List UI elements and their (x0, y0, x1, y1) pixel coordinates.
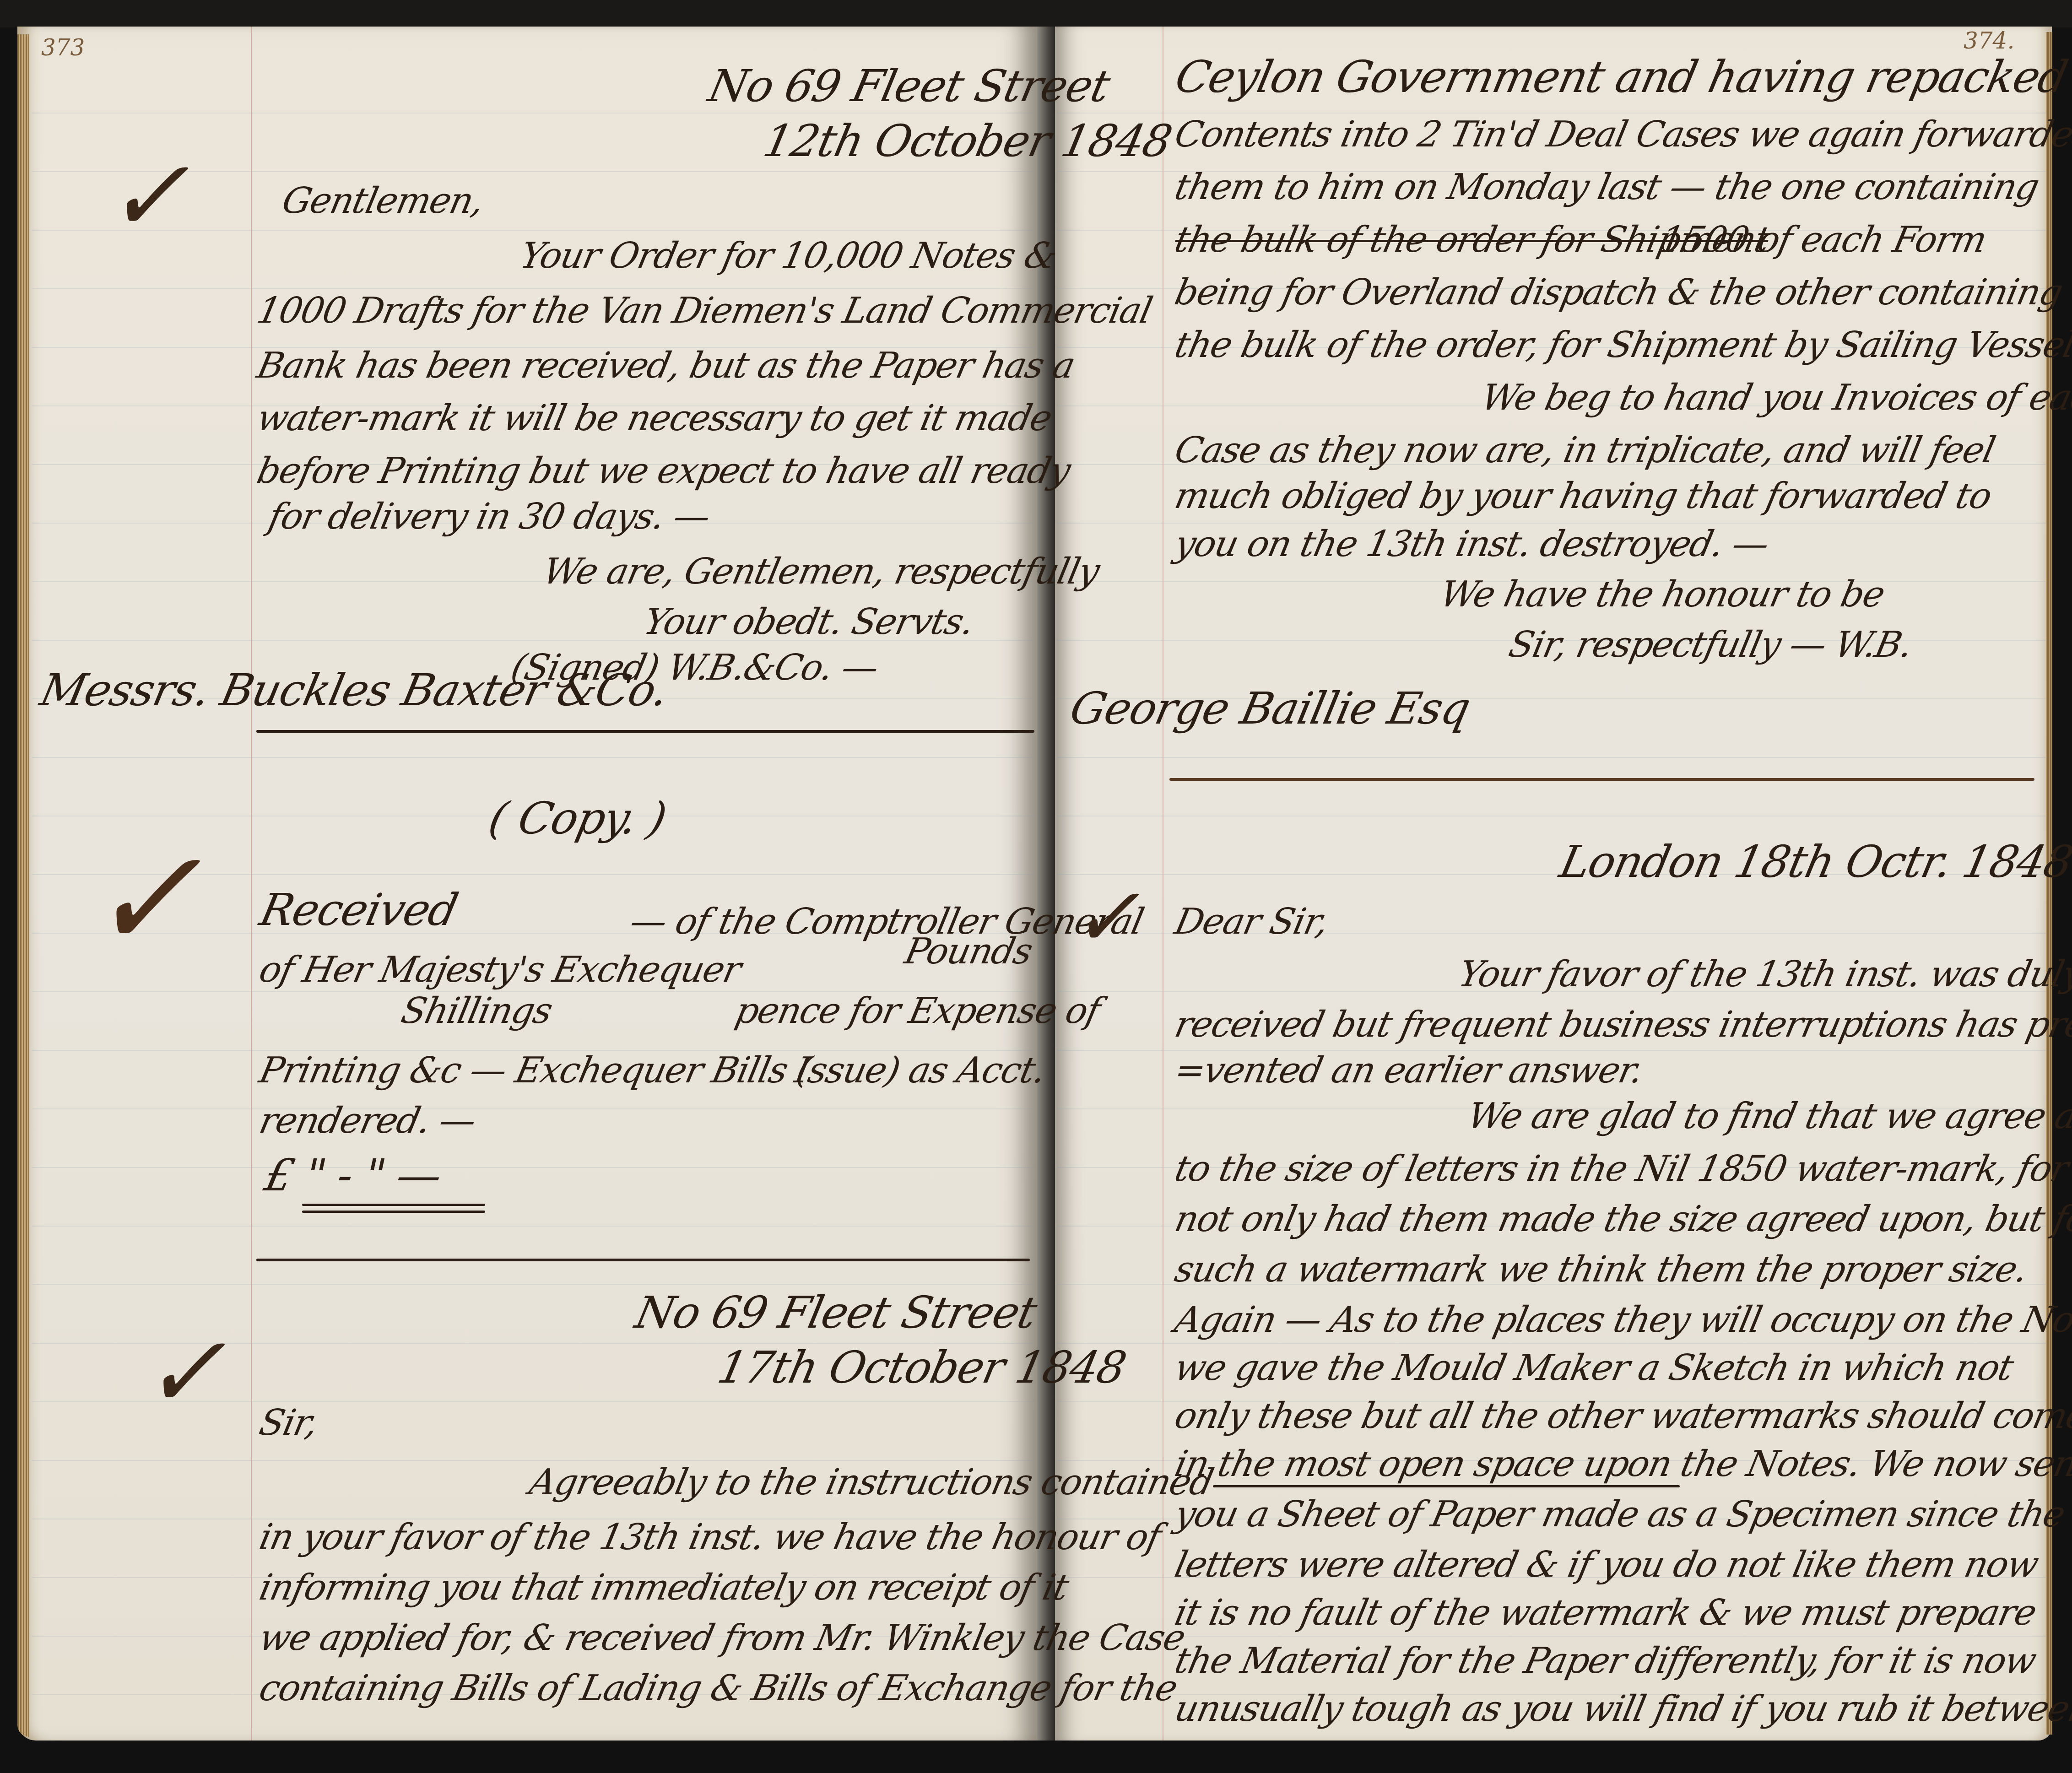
book-cover-top (0, 0, 2072, 27)
letter-address: No 69 Fleet Street (632, 1291, 1040, 1335)
letter-body-line: letters were altered & if you do not lik… (1172, 1547, 2041, 1583)
margin-rule-left (251, 27, 252, 1741)
letter-salutation: Sir, (256, 1405, 320, 1441)
receipt-heading: ( Copy. ) (485, 796, 670, 840)
receipt-amount: £ " - " — (261, 1153, 445, 1197)
letter-body-line: water-mark it will be necessary to get i… (254, 400, 1055, 436)
letter-body-line: not only had them made the size agreed u… (1172, 1201, 2072, 1237)
letter-body-line: being for Overland dispatch & the other … (1172, 275, 2065, 310)
letter-body-line: you on the 13th inst. destroyed. — (1172, 526, 1771, 562)
page-edge-gilt-left (17, 34, 29, 1737)
receipt-line-left: rendered. — (256, 1103, 478, 1139)
letter-recipient: George Baillie Esq (1066, 686, 1473, 730)
letter-salutation: Dear Sir, (1172, 904, 1331, 940)
letter-body-line: containing Bills of Lading & Bills of Ex… (256, 1670, 1180, 1706)
letter-body-line: We are glad to find that we agree as (1465, 1098, 2072, 1134)
check-mark-icon: ✓ (1071, 870, 1140, 965)
letter-body-line: such a watermark we think them the prope… (1172, 1252, 2030, 1287)
letter-address: No 69 Fleet Street (705, 64, 1113, 108)
receipt-line-right: Pounds (902, 934, 1035, 969)
letter-body-line: Again — As to the places they will occup… (1172, 1302, 2072, 1338)
letter-date: 17th October 1848 (714, 1346, 1129, 1389)
letter-body-line: Your favor of the 13th inst. was duly (1455, 957, 2072, 992)
letter-body-line: you a Sheet of Paper made as a Specimen … (1172, 1497, 2067, 1532)
continuation-line: Ceylon Government and having repacked th… (1172, 55, 2072, 99)
letter-body-line: Bank has been received, but as the Paper… (254, 348, 1077, 384)
continuation-line: them to him on Monday last — the one con… (1172, 169, 2042, 205)
letter-body-line: =vented an earlier answer. (1172, 1053, 1645, 1088)
letter-body-line: in the most open space upon the Notes. W… (1172, 1446, 2072, 1482)
text-underline (1213, 1485, 1680, 1487)
letter-body-line: Agreeably to the instructions contained (526, 1465, 1216, 1500)
entry-divider (256, 730, 1034, 733)
amount-underline (302, 1204, 485, 1206)
letter-closing-line: We have the honour to be (1437, 577, 1888, 612)
letter-date: 12th October 1848 (760, 119, 1175, 163)
letter-body-line: before Printing but we expect to have al… (254, 453, 1073, 489)
entry-divider (256, 1259, 1030, 1261)
letter-closing-line: We are, Gentlemen, respectfully (540, 554, 1102, 589)
amount-underline (302, 1211, 485, 1213)
letter-body-line: only these but all the other watermarks … (1172, 1398, 2072, 1434)
receipt-line-right: pence for Expense of (732, 993, 1103, 1029)
letter-body-line: unusually tough as you will find if you … (1172, 1691, 2072, 1727)
letter-body-line: much obliged by your having that forward… (1172, 478, 1994, 514)
continuation-line: 1500 of each Form (1657, 222, 1989, 258)
letter-body-line: We beg to hand you Invoices of each (1478, 380, 2072, 416)
letter-body-line: in your favor of the 13th inst. we have … (256, 1519, 1163, 1555)
page-number-left: 373 (41, 34, 85, 61)
letter-body-line: the bulk of the order, for Shipment by S… (1172, 327, 2072, 363)
continuation-line: Contents into 2 Tin'd Deal Cases we agai… (1172, 117, 2072, 152)
letter-closing-line: Sir, respectfully — W.B. (1506, 627, 1915, 663)
receipt-line-left: of Her Majesty's Exchequer (256, 952, 744, 988)
letter-salutation: Gentlemen, (279, 183, 487, 219)
letter-closing-line: Your obedt. Servts. (641, 604, 977, 640)
letter-body-line: we applied for, & received from Mr. Wink… (256, 1620, 1188, 1656)
receipt-line-right: Issue) as Acct. (792, 1053, 1048, 1088)
letter-recipient: Messrs. Buckles Baxter &Co. (37, 668, 671, 712)
receipt-line-left: Received (256, 888, 461, 932)
letter-body-line: Case as they now are, in triplicate, and… (1172, 432, 1998, 468)
receipt-line-left: Printing &c — Exchequer Bills ( (256, 1053, 814, 1088)
letter-body-line: the Material for the Paper differently, … (1172, 1643, 2039, 1679)
check-mark-icon: ✓ (105, 137, 189, 254)
letter-body-line: it is no fault of the watermark & we mus… (1172, 1595, 2039, 1631)
receipt-line-right: — of the Comptroller General (627, 904, 1146, 940)
letter-body-line: informing you that immediately on receip… (256, 1570, 1071, 1605)
check-mark-icon: ✓ (87, 819, 202, 979)
letter-body-line: 1000 Drafts for the Van Diemen's Land Co… (254, 293, 1155, 329)
letter-date: London 18th Octr. 1848. (1556, 840, 2072, 884)
check-mark-icon: ✓ (142, 1314, 226, 1431)
letter-body-line: to the size of letters in the Nil 1850 w… (1172, 1151, 2072, 1187)
letter-body-line: for delivery in 30 days. — (265, 499, 713, 535)
page-number-right: 374. (1964, 27, 2014, 54)
letter-body-line: Your Order for 10,000 Notes & (517, 238, 1060, 274)
receipt-line-left: Shillings (398, 993, 555, 1029)
entry-divider (1169, 778, 2034, 781)
letter-body-line: we gave the Mould Maker a Sketch in whic… (1172, 1350, 2016, 1386)
letter-body-line: received but frequent business interrupt… (1172, 1007, 2072, 1043)
